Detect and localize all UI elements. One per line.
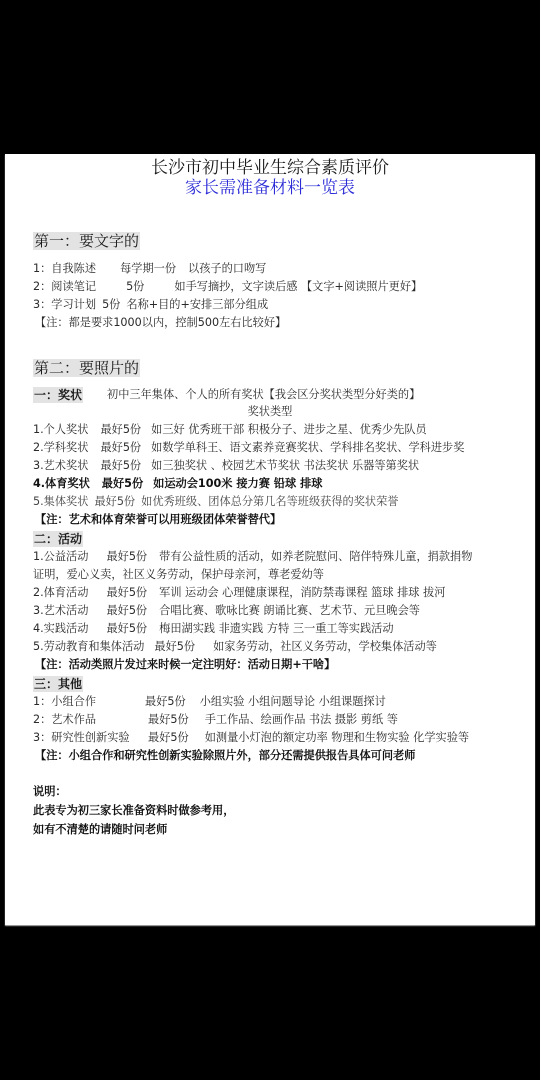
section1-item-3: 3：学习计划5份名称+目的+安排三部分组成 <box>33 298 268 312</box>
item-count: 5份 <box>102 298 120 311</box>
item-desc: 如运动会100米 接力赛 铅球 排球 <box>153 477 322 490</box>
item-desc: 小组实验 小组问题导论 小组课题探讨 <box>200 695 386 708</box>
item-count: 最好5份 <box>148 713 189 726</box>
award-item-3: 3.艺术奖状最好5份如三独奖状 、校园艺术节奖状 书法奖状 乐器等第奖状 <box>33 459 419 473</box>
awards-note: 【注：艺术和体育荣誉可以用班级团体荣誉替代】 <box>35 513 281 527</box>
item-count: 最好5份 <box>106 622 147 635</box>
activity-item-1-cont: 证明，爱心义卖，社区义务劳动，保护母亲河，尊老爱幼等 <box>33 568 324 582</box>
item-desc: 名称+目的+安排三部分组成 <box>126 298 268 311</box>
other-item-3: 3：研究性创新实验最好5份如测量小灯泡的额定功率 物理和生物实验 化学实验等 <box>33 731 469 745</box>
item-name: 5.集体奖状 <box>33 495 88 508</box>
item-name: 2.体育活动 <box>33 586 88 599</box>
award-item-2: 2.学科奖状最好5份如数学单科王、语文素养竞赛奖状、学科排名奖状、学科进步奖 <box>33 441 464 455</box>
item-count: 最好5份 <box>106 550 147 563</box>
item-desc: 如手写摘抄，文字读后感 【文字+阅读照片更好】 <box>174 280 422 293</box>
award-item-5: 5.集体奖状最好5份如优秀班级、团体总分第几名等班级获得的奖状荣誉 <box>33 495 398 509</box>
item-desc: 手工作品、绘画作品 书法 摄影 剪纸 等 <box>205 713 398 726</box>
item-desc: 如数学单科王、语文素养竞赛奖状、学科排名奖状、学科进步奖 <box>151 441 464 454</box>
other-item-1: 1：小组合作最好5份小组实验 小组问题导论 小组课题探讨 <box>33 695 386 709</box>
item-name: 1.公益活动 <box>33 550 88 563</box>
item-name: 5.劳动教育和集体活动 <box>33 640 144 653</box>
document-subtitle: 家长需准备材料一览表 <box>5 178 535 198</box>
section1-item-2: 2：阅读笔记5份如手写摘抄，文字读后感 【文字+阅读照片更好】 <box>33 280 422 294</box>
explanation-line-1: 此表专为初三家长准备资料时做参考用， <box>33 804 234 818</box>
activity-item-4: 4.实践活动最好5份梅田湖实践 非遗实践 方特 三一重工等实践活动 <box>33 622 394 636</box>
item-count: 最好5份 <box>100 423 141 436</box>
item-count: 5份 <box>126 280 144 293</box>
item-count: 每学期一份 <box>120 262 176 275</box>
item-count: 最好5份 <box>100 459 141 472</box>
item-name: 3：学习计划 <box>33 298 96 311</box>
item-name: 3.艺术活动 <box>33 604 88 617</box>
activities-heading: 二：活动 <box>33 531 83 547</box>
item-count: 最好5份 <box>102 477 143 490</box>
item-name: 1：小组合作 <box>33 695 145 709</box>
activity-item-5: 5.劳动教育和集体活动最好5份如家务劳动，社区义务劳动，学校集体活动等 <box>33 640 437 654</box>
item-desc: 如优秀班级、团体总分第几名等班级获得的奖状荣誉 <box>141 495 398 508</box>
section2-heading: 第二：要照片的 <box>33 359 140 377</box>
others-note: 【注：小组合作和研究性创新实验除照片外，部分还需提供报告具体可问老师 <box>35 749 415 763</box>
awards-intro: 初中三年集体、个人的所有奖状【我会区分奖状类型分好类的】 <box>107 388 420 402</box>
item-desc: 军训 运动会 心理健康课程，消防禁毒课程 篮球 排球 拔河 <box>159 586 445 599</box>
explanation-line-2: 如有不清楚的请随时问老师 <box>33 823 167 837</box>
section1-heading: 第一：要文字的 <box>33 232 140 250</box>
section1-item-1: 1：自我陈述每学期一份以孩子的口吻写 <box>33 262 266 276</box>
item-desc: 如三独奖状 、校园艺术节奖状 书法奖状 乐器等第奖状 <box>151 459 419 472</box>
item-name: 1：自我陈述 <box>33 262 96 275</box>
item-desc: 梅田湖实践 非遗实践 方特 三一重工等实践活动 <box>159 622 393 635</box>
awards-types-label: 奖状类型 <box>5 405 535 419</box>
item-name: 2：艺术作品 <box>33 713 148 727</box>
item-desc: 以孩子的口吻写 <box>188 262 266 275</box>
explanation-label: 说明： <box>33 785 67 799</box>
activity-item-2: 2.体育活动最好5份军训 运动会 心理健康课程，消防禁毒课程 篮球 排球 拔河 <box>33 586 445 600</box>
award-item-4: 4.体育奖状最好5份如运动会100米 接力赛 铅球 排球 <box>33 477 322 491</box>
item-name: 1.个人奖状 <box>33 423 88 436</box>
item-count: 最好5份 <box>154 640 195 653</box>
other-item-2: 2：艺术作品最好5份手工作品、绘画作品 书法 摄影 剪纸 等 <box>33 713 398 727</box>
item-count: 最好5份 <box>100 441 141 454</box>
others-heading: 三：其他 <box>33 676 83 692</box>
item-count: 最好5份 <box>145 695 186 708</box>
item-name: 2.学科奖状 <box>33 441 88 454</box>
document-page: 长沙市初中毕业生综合素质评价 家长需准备材料一览表 第一：要文字的 1：自我陈述… <box>5 154 535 925</box>
item-desc: 如三好 优秀班干部 积极分子、进步之星、优秀少先队员 <box>151 423 427 436</box>
item-name: 3.艺术奖状 <box>33 459 88 472</box>
item-name: 4.体育奖状 <box>33 477 90 490</box>
item-count: 最好5份 <box>94 495 135 508</box>
item-name: 2：阅读笔记 <box>33 280 96 293</box>
award-item-1: 1.个人奖状最好5份如三好 优秀班干部 积极分子、进步之星、优秀少先队员 <box>33 423 427 437</box>
item-desc: 带有公益性质的活动，如养老院慰问、陪伴特殊儿童，捐款捐物 <box>159 550 472 563</box>
document-title: 长沙市初中毕业生综合素质评价 <box>5 158 535 178</box>
item-name: 4.实践活动 <box>33 622 88 635</box>
item-count: 最好5份 <box>106 604 147 617</box>
activities-note: 【注：活动类照片发过来时候一定注明好：活动日期+干啥】 <box>35 658 335 672</box>
activity-item-3: 3.艺术活动最好5份合唱比赛、歌咏比赛 朗诵比赛、艺术节、元旦晚会等 <box>33 604 420 618</box>
item-desc: 合唱比赛、歌咏比赛 朗诵比赛、艺术节、元旦晚会等 <box>159 604 420 617</box>
activity-item-1: 1.公益活动最好5份带有公益性质的活动，如养老院慰问、陪伴特殊儿童，捐款捐物 <box>33 550 472 564</box>
item-count: 最好5份 <box>148 731 189 744</box>
item-desc: 如家务劳动，社区义务劳动，学校集体活动等 <box>213 640 437 653</box>
item-desc: 如测量小灯泡的额定功率 物理和生物实验 化学实验等 <box>205 731 469 744</box>
awards-heading: 一：奖状 <box>33 387 83 403</box>
section1-note: 【注：都是要求1000以内，控制500左右比较好】 <box>35 316 286 330</box>
item-count: 最好5份 <box>106 586 147 599</box>
item-name: 3：研究性创新实验 <box>33 731 148 745</box>
